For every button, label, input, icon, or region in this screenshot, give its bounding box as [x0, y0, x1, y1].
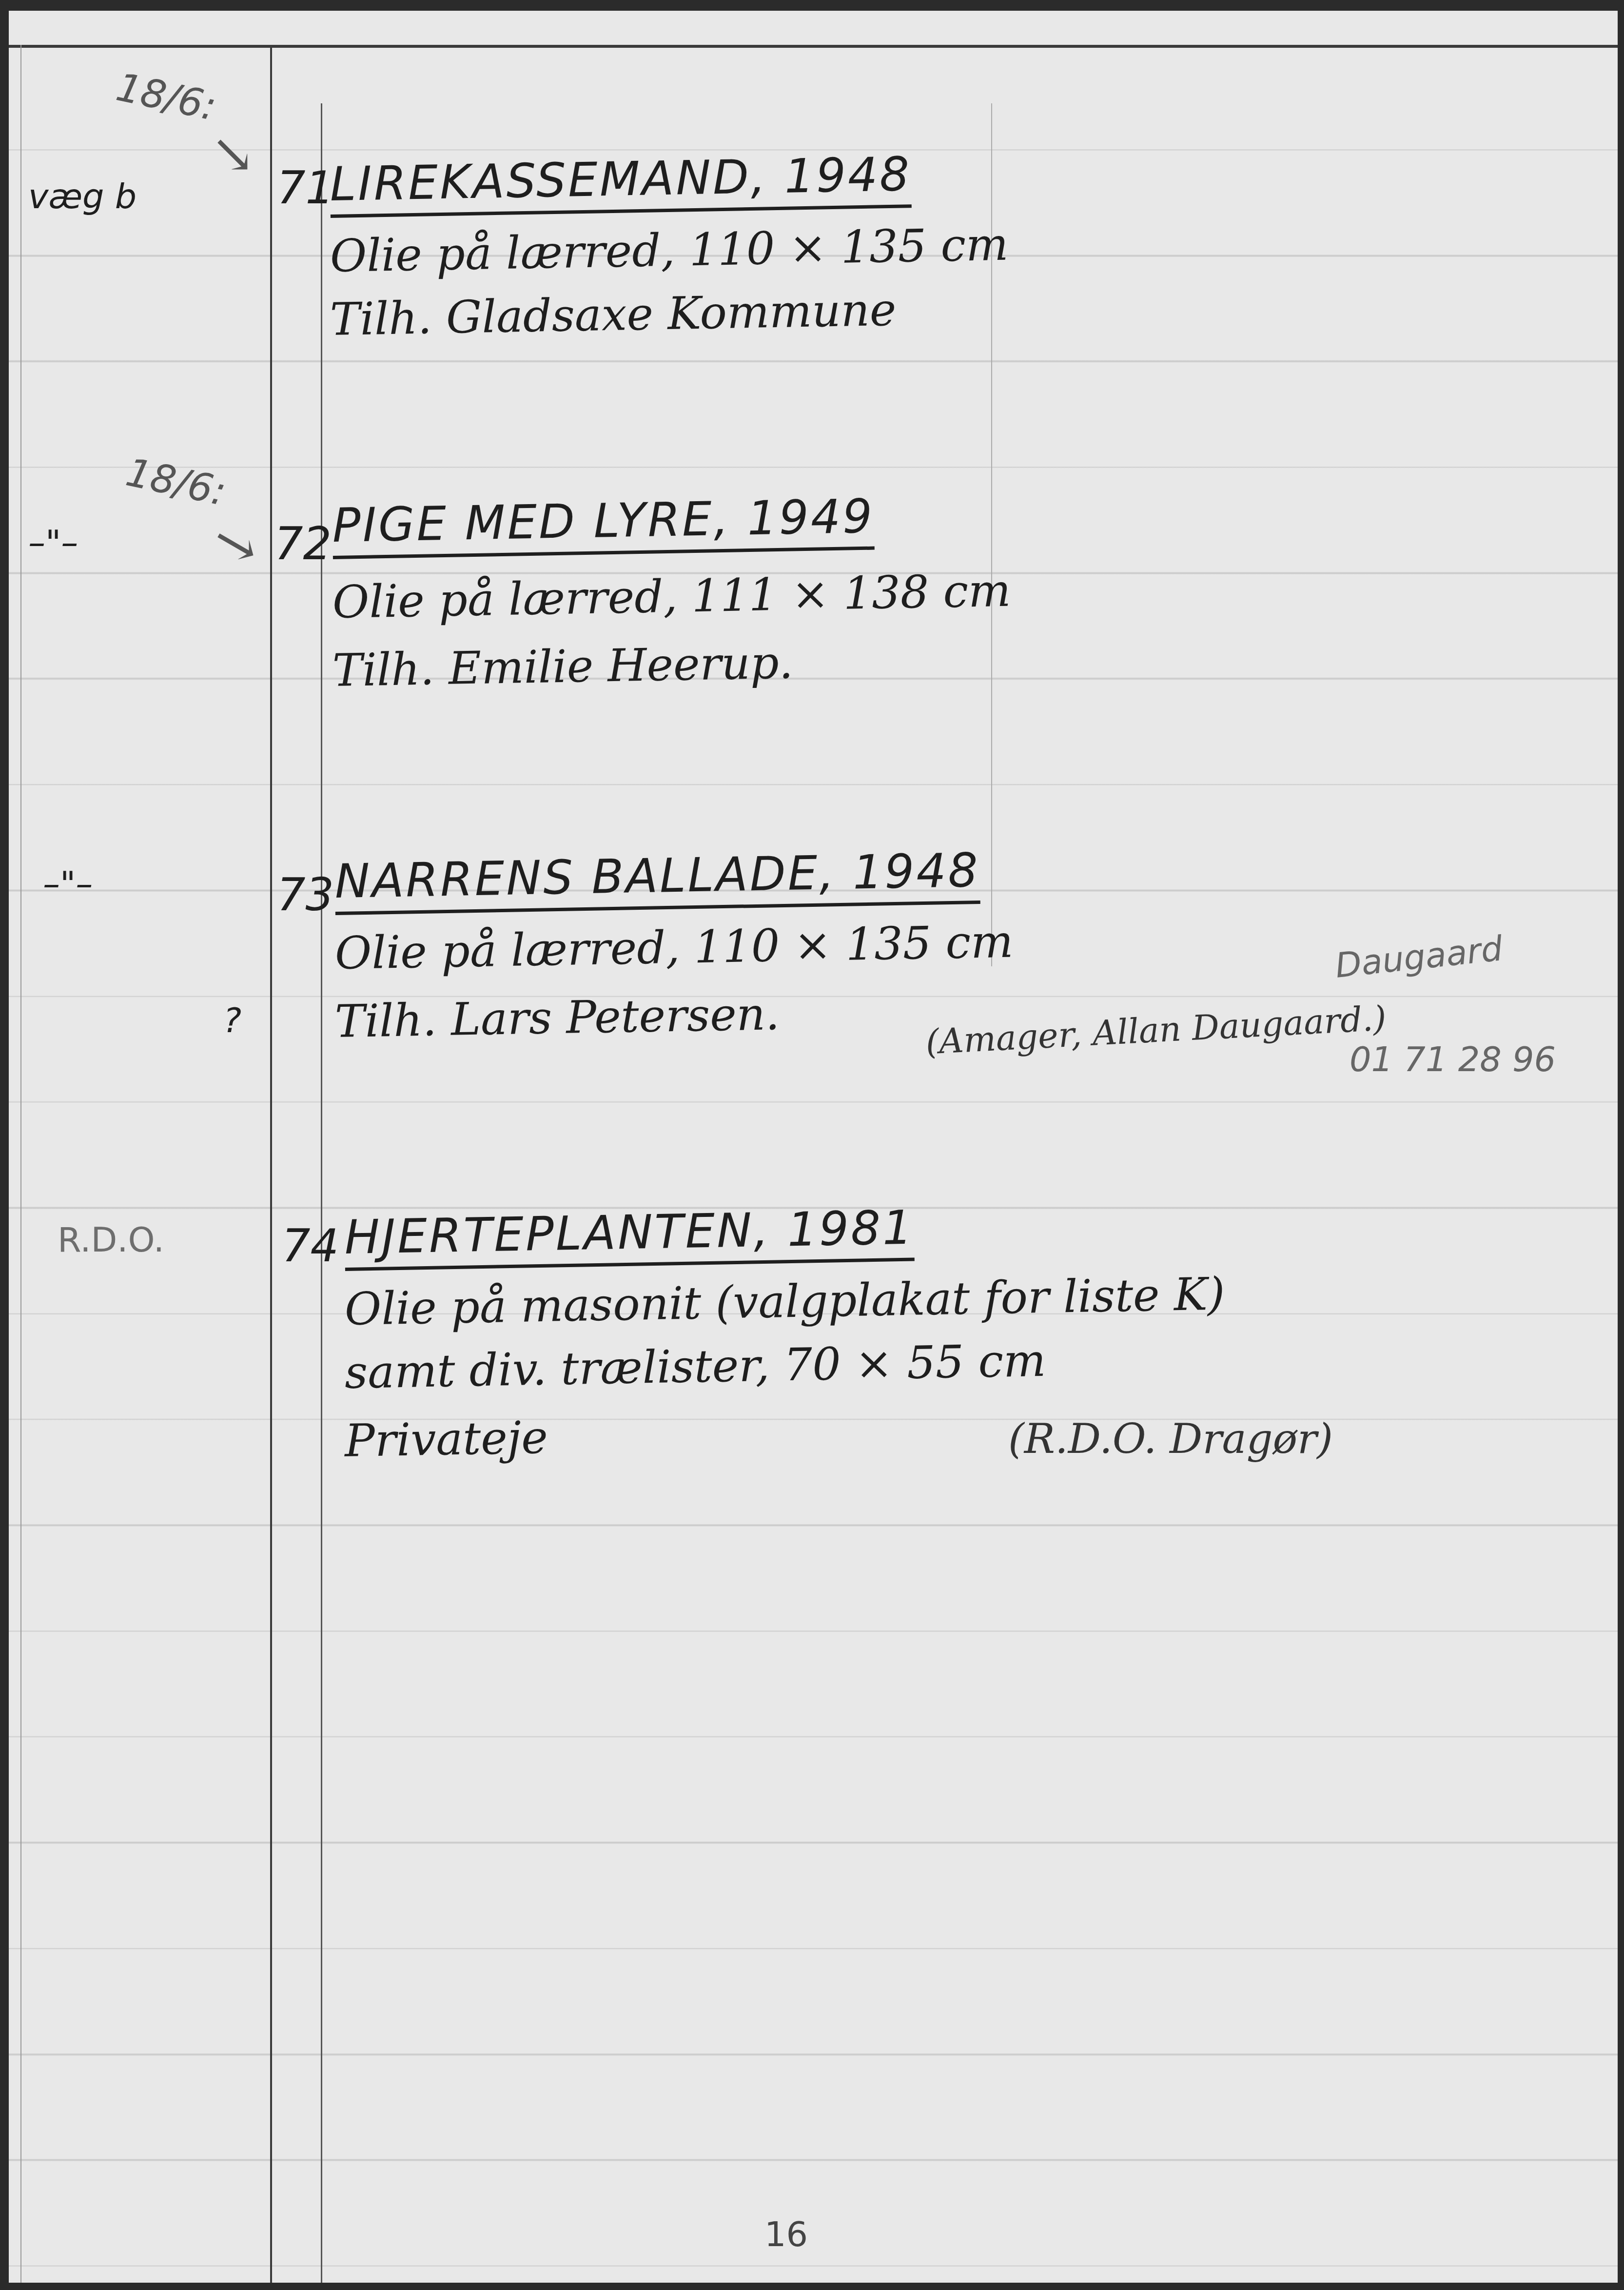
margin-note: –"–: [43, 864, 93, 904]
owner-annotation: (R.D.O. Dragør): [1008, 1415, 1333, 1463]
artwork-owner: Tilh. Lars Petersen.: [334, 988, 780, 1048]
artwork-medium-continued: samt div. trælister, 70 × 55 cm: [344, 1334, 1046, 1399]
date-note: 18/6:: [122, 450, 230, 515]
ledger-page: 18/6: → væg b 71 LIREKASSEMAND, 1948 Oli…: [9, 11, 1618, 2283]
column-rule-2: [321, 103, 322, 2283]
artwork-title: PIGE MED LYRE, 1949: [332, 489, 875, 559]
entry-number: 72: [274, 518, 332, 570]
margin-line: [20, 45, 21, 2283]
margin-note: væg b: [28, 176, 137, 216]
top-rule: [9, 45, 1618, 48]
artwork-medium: Olie på lærred, 110 × 135 cm: [330, 218, 1009, 282]
artwork-medium: Olie på lærred, 111 × 138 cm: [332, 565, 1011, 628]
margin-note: –"–: [28, 523, 78, 563]
page-number: 16: [764, 2214, 808, 2254]
owner-annotation: (Amager, Allan Daugaard.): [925, 998, 1388, 1062]
date-note: 18/6:: [113, 64, 220, 130]
artwork-title: LIREKASSEMAND, 1948: [330, 147, 912, 218]
artwork-owner: Privateje: [344, 1411, 548, 1467]
column-rule-1: [270, 45, 272, 2283]
entry-number: 71: [277, 162, 334, 214]
query-mark: ?: [223, 1000, 241, 1040]
artwork-owner: Tilh. Gladsaxe Kommune: [330, 284, 897, 346]
margin-note: R.D.O.: [58, 1220, 164, 1260]
artwork-owner: Tilh. Emilie Heerup.: [332, 637, 794, 697]
artwork-medium: Olie på masonit (valgplakat for liste K): [344, 1268, 1225, 1335]
artwork-title: NARRENS BALLADE, 1948: [334, 843, 980, 915]
artwork-medium: Olie på lærred, 110 × 135 cm: [334, 916, 1014, 979]
arrow-icon: →: [201, 506, 271, 583]
artwork-title: HJERTEPLANTEN, 1981: [344, 1200, 915, 1271]
annotation-name: Daugaard: [1333, 928, 1505, 986]
annotation-phone: 01 71 28 96: [1350, 1039, 1556, 1079]
entry-number: 73: [277, 869, 334, 921]
entry-number: 74: [282, 1220, 339, 1272]
